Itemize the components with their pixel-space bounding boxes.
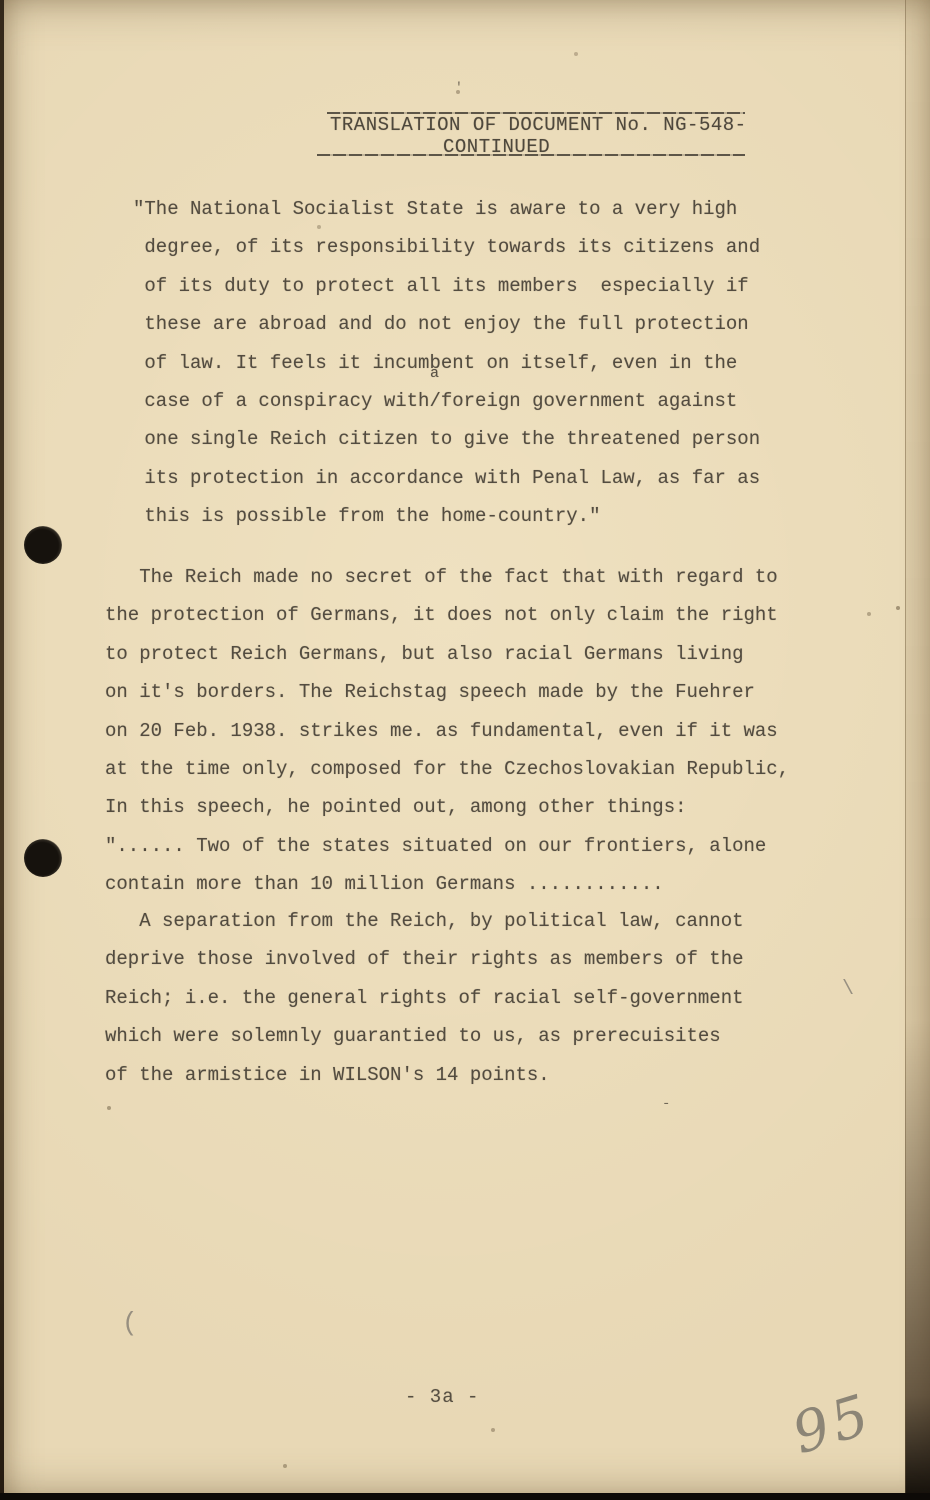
text-line: which were solemnly guarantied to us, as… — [105, 1017, 744, 1055]
scanned-document-page: TRANSLATION OF DOCUMENT No. NG-548- CONT… — [0, 0, 930, 1500]
typed-superscript-correction: a — [430, 366, 439, 381]
stray-mark: ' — [481, 576, 489, 592]
paper-specks — [0, 0, 2, 2]
quoted-paragraph: "The National Socialist State is aware t… — [133, 190, 760, 536]
stray-mark: ' — [455, 80, 463, 95]
text-line: of law. It feels it incumbent on itself,… — [133, 344, 760, 382]
text-line: its protection in accordance with Penal … — [133, 459, 760, 497]
text-line: on 20 Feb. 1938. strikes me. as fundamen… — [105, 712, 789, 750]
text-line: In this speech, he pointed out, among ot… — [105, 788, 789, 826]
body-paragraph-reich: The Reich made no secret of the fact tha… — [105, 558, 789, 904]
text-line: deprive those involved of their rights a… — [105, 940, 744, 978]
scan-left-edge — [0, 0, 4, 1500]
text-line: on it's borders. The Reichstag speech ma… — [105, 673, 789, 711]
text-line: this is possible from the home-country." — [133, 497, 760, 535]
text-line: Reich; i.e. the general rights of racial… — [105, 979, 744, 1017]
text-line: of the armistice in WILSON's 14 points. — [105, 1056, 744, 1094]
text-line: degree, of its responsibility towards it… — [133, 228, 760, 266]
handwritten-page-annotation: 95 — [785, 1382, 880, 1467]
text-line: contain more than 10 million Germans ...… — [105, 865, 789, 903]
text-line: "The National Socialist State is aware t… — [133, 190, 760, 228]
header-underline — [317, 154, 745, 156]
page-number: - 3a - — [405, 1386, 479, 1408]
body-paragraph-separation: A separation from the Reich, by politica… — [105, 902, 744, 1094]
text-line: at the time only, composed for the Czech… — [105, 750, 789, 788]
text-line: one single Reich citizen to give the thr… — [133, 420, 760, 458]
text-line: to protect Reich Germans, but also racia… — [105, 635, 789, 673]
text-line: the protection of Germans, it does not o… — [105, 596, 789, 634]
hole-punch-bottom — [24, 839, 62, 877]
paper-right-edge — [905, 0, 930, 1500]
stray-mark: \ — [842, 978, 854, 1001]
hole-punch-top — [24, 526, 62, 564]
stray-mark: - — [662, 1096, 670, 1112]
text-line: these are abroad and do not enjoy the fu… — [133, 305, 760, 343]
text-line: The Reich made no secret of the fact tha… — [105, 558, 789, 596]
text-line: "...... Two of the states situated on ou… — [105, 827, 789, 865]
text-line: of its duty to protect all its members e… — [133, 267, 760, 305]
document-header-title: TRANSLATION OF DOCUMENT No. NG-548- — [330, 114, 747, 136]
scan-bottom-edge — [0, 1493, 930, 1500]
stray-mark: ( — [122, 1308, 138, 1338]
text-line: A separation from the Reich, by politica… — [105, 902, 744, 940]
text-line: case of a conspiracy with/foreign govern… — [133, 382, 760, 420]
